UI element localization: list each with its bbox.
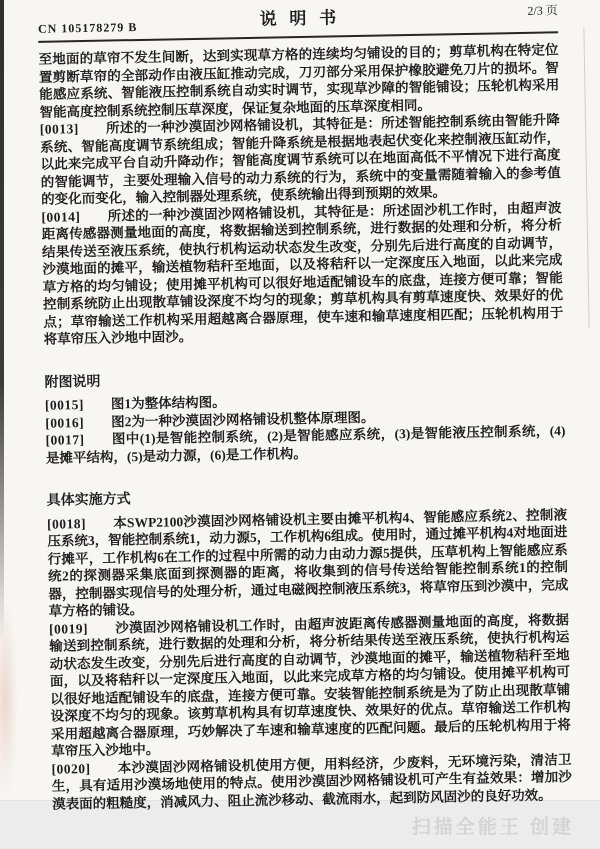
camscanner-watermark: 扫描全能王 创建 bbox=[412, 812, 574, 839]
paragraph-number: [0014] bbox=[41, 207, 85, 225]
scan-edge-artifact-right bbox=[583, 28, 589, 328]
paragraph-number: [0017] bbox=[45, 431, 89, 449]
page-indicator: 2/3 页 bbox=[349, 1, 558, 22]
paragraph-0020: [0020]本沙漠固沙网格铺设机使用方便，用料经济，少废料，无环境污染，清洁卫生… bbox=[51, 751, 572, 813]
paragraph-number: [0020] bbox=[51, 759, 95, 777]
paragraph-text: 本SWP2100沙漠固沙网格铺设机主要由摊平机构4、智能感应系统2、控制液压系统… bbox=[47, 507, 568, 619]
paragraph-text: 所述的一种沙漠固沙网格铺设机，其特征是：所述智能控制系统由智能升降系统、智能高度… bbox=[40, 112, 561, 207]
paragraph-text: 沙漠固沙网格铺设机工作时，由超声波距离传感器测量地面的高度，将数据输送到控制系统… bbox=[49, 612, 571, 759]
paragraph-number: [0016] bbox=[45, 413, 89, 431]
paragraph-number: [0019] bbox=[49, 619, 93, 637]
paragraph-0014: [0014]所述的一种沙漠固沙网格铺设机，其特征是：所述固沙机工作时，由超声波距… bbox=[41, 199, 563, 349]
paragraph-continuation: 至地面的草帘不发生间断，达到实现草方格的连续均匀铺设的目的；剪草机构在特定位置剪… bbox=[38, 41, 559, 121]
paragraph-0019: [0019]沙漠固沙网格铺设机工作时，由超声波距离传感器测量地面的高度，将数据输… bbox=[49, 611, 571, 761]
paragraph-number: [0018] bbox=[47, 514, 91, 532]
paragraph-number: [0013] bbox=[40, 120, 84, 138]
paragraph-text: 至地面的草帘不发生间断，达到实现草方格的连续均匀铺设的目的；剪草机构在特定位置剪… bbox=[38, 42, 559, 119]
paragraph-text: 本沙漠固沙网格铺设机使用方便，用料经济，少废料，无环境污染，清洁卫生，具有适用沙… bbox=[52, 752, 572, 812]
scan-edge-artifact-left bbox=[0, 0, 4, 640]
scanned-patent-page: CN 105178279 B 说明书 2/3 页 至地面的草帘不发生间断，达到实… bbox=[0, 0, 600, 849]
document-content: CN 105178279 B 说明书 2/3 页 至地面的草帘不发生间断，达到实… bbox=[38, 3, 573, 812]
paragraph-0018: [0018]本SWP2100沙漠固沙网格铺设机主要由摊平机构4、智能感应系统2、… bbox=[47, 506, 569, 621]
scan-smudge-artifact bbox=[0, 600, 18, 800]
paragraph-text: 所述的一种沙漠固沙网格铺设机，其特征是：所述固沙机工作时，由超声波距离传感器测量… bbox=[42, 200, 564, 347]
paragraph-text: 图中(1)是智能控制系统，(2)是智能感应系统，(3)是智能液压控制系统，(4)… bbox=[46, 423, 566, 465]
page-header: CN 105178279 B 说明书 2/3 页 bbox=[38, 3, 558, 43]
paragraph-0013: [0013]所述的一种沙漠固沙网格铺设机，其特征是：所述智能控制系统由智能升降系… bbox=[40, 111, 562, 208]
patent-number: CN 105178279 B bbox=[38, 18, 247, 38]
specification-body: 至地面的草帘不发生间断，达到实现草方格的连续均匀铺设的目的；剪草机构在特定位置剪… bbox=[38, 41, 572, 812]
document-title: 说明书 bbox=[247, 3, 349, 30]
paragraph-text: 图1为整体结构图。 bbox=[111, 394, 226, 411]
paragraph-number: [0015] bbox=[45, 396, 89, 414]
